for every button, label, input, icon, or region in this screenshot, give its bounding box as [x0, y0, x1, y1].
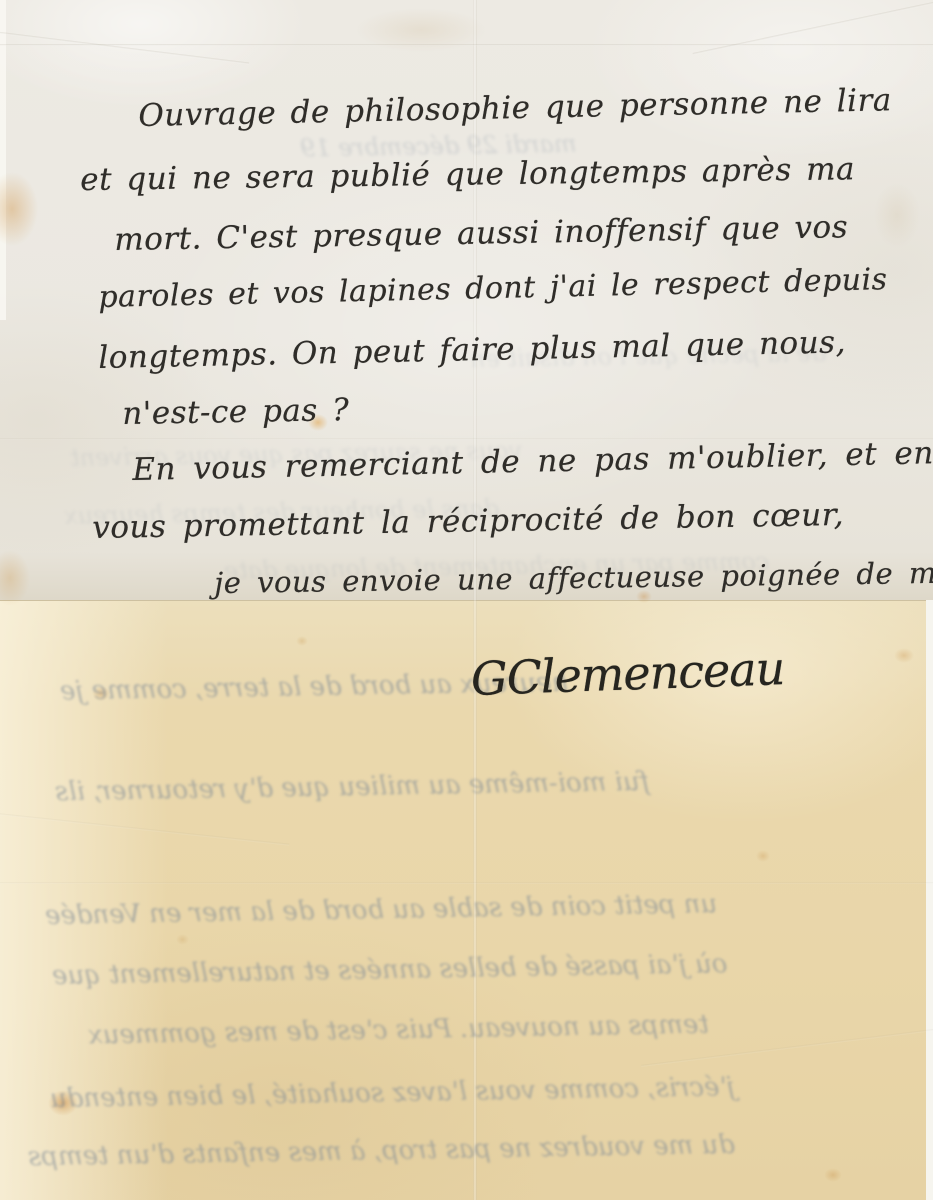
paper-edge	[926, 600, 933, 1200]
stain	[296, 636, 308, 646]
stain	[176, 934, 189, 945]
stain	[356, 8, 486, 52]
stain	[756, 850, 770, 862]
stain	[824, 1168, 842, 1182]
stain	[874, 182, 920, 248]
signature: GClemenceau	[470, 641, 785, 706]
scanned-letter-photo: mardi 29 décembre 19 de la pêche que l'o…	[0, 0, 933, 1200]
crease	[0, 882, 933, 884]
paper-edge	[0, 0, 6, 320]
letter-line: n'est-ce pas ?	[122, 392, 350, 432]
stain	[894, 648, 914, 663]
